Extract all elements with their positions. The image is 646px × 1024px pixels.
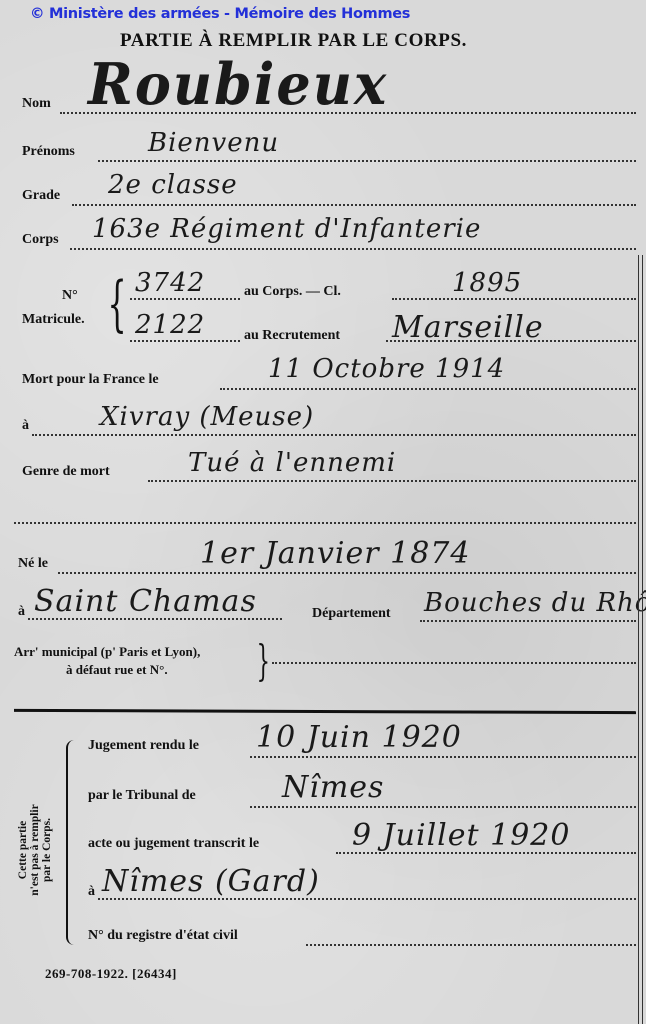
side-note-line2: n'est pas à remplir: [29, 775, 41, 925]
departement-label: Département: [312, 606, 391, 622]
arrondissement-line: [272, 662, 636, 664]
corps-number-line: [130, 298, 240, 300]
matricule-brace: {: [108, 274, 127, 334]
form-reference-code: 269-708-1922. [26434]: [45, 966, 177, 982]
blank-line: [14, 522, 636, 524]
side-note-line1: Cette partie: [17, 775, 29, 925]
matricule-no-label: N°: [62, 288, 78, 304]
jugement-rendu-value: 10 Juin 1920: [256, 720, 462, 755]
corps-line: [70, 248, 636, 250]
transcrit-label: acte ou jugement transcrit le: [88, 836, 259, 852]
naissance-date-line: [58, 572, 636, 574]
mort-date-value: 11 Octobre 1914: [268, 354, 505, 384]
mort-lieu-label: à: [22, 418, 29, 434]
grade-label: Grade: [22, 188, 60, 204]
mort-date-line: [220, 388, 636, 390]
corps-label: Corps: [22, 232, 59, 248]
registre-label: N° du registre d'état civil: [88, 928, 238, 944]
recrutement-number-line: [130, 340, 240, 342]
matricule-label: Matricule.: [22, 312, 85, 328]
jugement-brace: [66, 740, 76, 945]
genre-mort-value: Tué à l'ennemi: [188, 448, 396, 478]
copyright-watermark: © Ministère des armées - Mémoire des Hom…: [30, 6, 410, 22]
grade-value: 2e classe: [108, 170, 238, 200]
arrondissement-label-line2: à défaut rue et N°.: [66, 662, 168, 678]
recrutement-label: au Recrutement: [244, 328, 340, 344]
prenoms-line: [98, 160, 636, 162]
genre-mort-label: Genre de mort: [22, 464, 110, 480]
naissance-lieu-label: à: [18, 604, 25, 620]
nom-value: Roubieux: [88, 50, 388, 117]
jugement-rendu-line: [250, 756, 636, 758]
classe-value: 1895: [452, 268, 522, 298]
tribunal-value: Nîmes: [282, 770, 384, 805]
grade-line: [72, 204, 636, 206]
transcrit-lieu-label: à: [88, 884, 95, 900]
nom-label: Nom: [22, 96, 51, 112]
prenoms-label: Prénoms: [22, 144, 75, 160]
naissance-lieu-value: Saint Chamas: [34, 584, 257, 619]
corps-value: 163e Régiment d'Infanterie: [92, 214, 481, 244]
departement-line: [420, 620, 636, 622]
genre-mort-line: [148, 480, 636, 482]
corps-number-label: au Corps. — Cl.: [244, 284, 341, 300]
naissance-date-value: 1er Janvier 1874: [200, 536, 470, 571]
recrutement-number-value: 2122: [135, 310, 205, 340]
classe-line: [392, 298, 636, 300]
prenoms-value: Bienvenu: [148, 128, 279, 158]
section-divider: [14, 709, 636, 714]
right-border: [638, 255, 643, 1024]
mort-lieu-line: [32, 434, 636, 436]
form-header: PARTIE À REMPLIR PAR LE CORPS.: [120, 30, 467, 52]
arrondissement-brace: }: [257, 640, 270, 682]
departement-value: Bouches du Rhône: [424, 588, 646, 618]
tribunal-line: [250, 806, 636, 808]
registre-line: [306, 944, 636, 946]
mort-lieu-value: Xivray (Meuse): [100, 402, 314, 432]
side-note: Cette partie n'est pas à remplir par le …: [17, 775, 53, 925]
corps-number-value: 3742: [135, 268, 205, 298]
recrutement-value: Marseille: [392, 310, 544, 345]
tribunal-label: par le Tribunal de: [88, 788, 196, 804]
arrondissement-label-line1: Arr' municipal (p' Paris et Lyon),: [14, 644, 200, 660]
jugement-rendu-label: Jugement rendu le: [88, 738, 199, 754]
mort-date-label: Mort pour la France le: [22, 372, 159, 388]
transcrit-value: 9 Juillet 1920: [352, 818, 570, 853]
naissance-date-label: Né le: [18, 556, 48, 572]
transcrit-lieu-value: Nîmes (Gard): [102, 864, 320, 899]
side-note-line3: par le Corps.: [41, 775, 53, 925]
